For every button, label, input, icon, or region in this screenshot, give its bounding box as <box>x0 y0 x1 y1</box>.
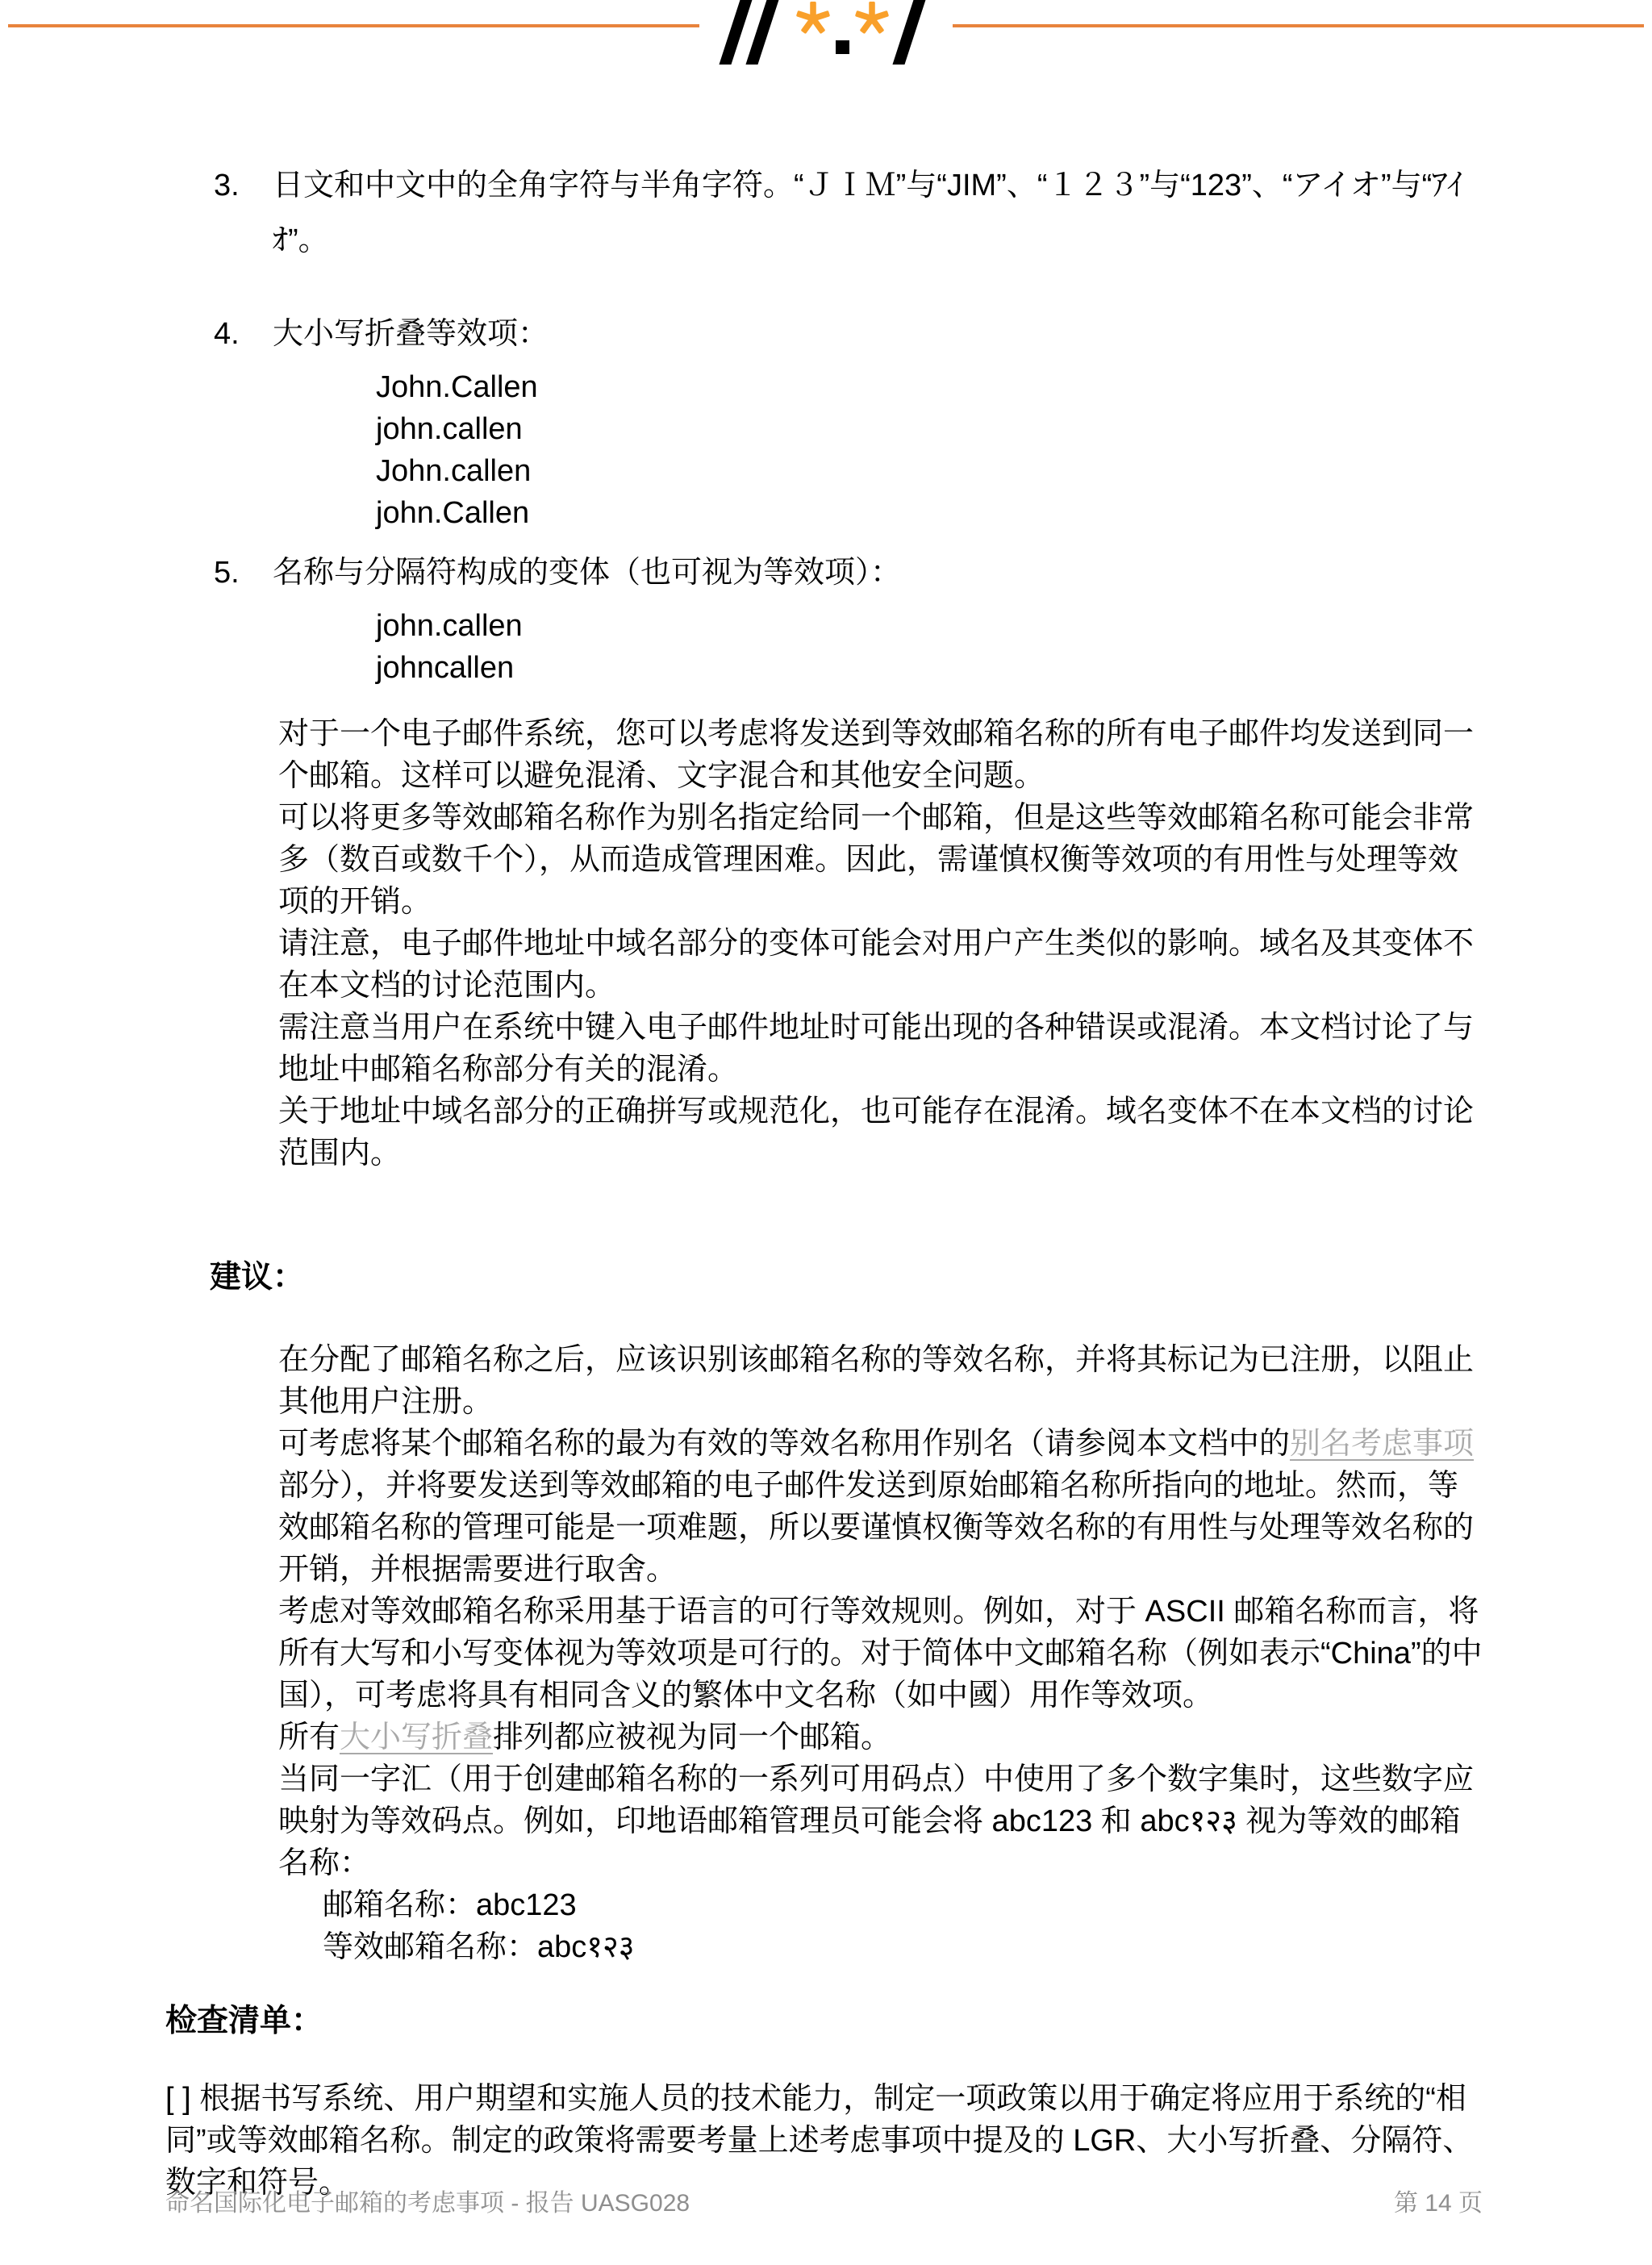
text-run: 对于一个电子邮件系统，您可以考虑将发送到等效邮箱名称的所有电子邮件均发送到同一个… <box>278 717 1474 793</box>
equivalent-name: john.callen <box>376 605 1487 647</box>
bullet-marker <box>223 1007 278 1091</box>
list-item: 3.日文和中文中的全角字符与半角字符。“ＪＩＭ”与“JIM”、“１２３”与“12… <box>165 158 1487 268</box>
text-run: 考虑对等效邮箱名称采用基于语言的可行等效规则。例如，对于 ASCII 邮箱名称而… <box>278 1595 1483 1712</box>
equivalent-name: john.Callen <box>376 492 1487 534</box>
bullet-text: 关于地址中域名部分的正确拼写或规范化，也可能存在混淆。域名变体不在本文档的讨论范… <box>278 1091 1487 1174</box>
bullet-item: 在分配了邮箱名称之后，应该识别该邮箱名称的等效名称，并将其标记为已注册，以阻止其… <box>165 1339 1487 1423</box>
list-item-text: 名称与分隔符构成的变体（也可视为等效项）： <box>273 545 1487 600</box>
list-item: 5.名称与分隔符构成的变体（也可视为等效项）：john.callenjohnca… <box>165 545 1487 713</box>
bullet-item: 关于地址中域名部分的正确拼写或规范化，也可能存在混淆。域名变体不在本文档的讨论范… <box>165 1091 1487 1174</box>
text-run: 部分），并将要发送到等效邮箱的电子邮件发送到原始邮箱名称所指向的地址。然而，等效… <box>278 1469 1474 1587</box>
list-item-number: 5. <box>214 545 273 713</box>
bullet-text: 可考虑将某个邮箱名称的最为有效的等效名称用作别名（请参阅本文档中的别名考虑事项部… <box>278 1423 1487 1591</box>
equivalents-list: john.callenjohncallen <box>376 605 1487 689</box>
numbered-list: 3.日文和中文中的全角字符与半角字符。“ＪＩＭ”与“JIM”、“１２３”与“12… <box>165 158 1487 713</box>
bullet-marker <box>223 797 278 923</box>
list-item-text: 大小写折叠等效项： <box>273 307 1487 361</box>
suggestions-bullet-list: 在分配了邮箱名称之后，应该识别该邮箱名称的等效名称，并将其标记为已注册，以阻止其… <box>165 1339 1487 1968</box>
crossref-link[interactable]: 别名考虑事项 <box>1290 1427 1474 1461</box>
bullet-item: 所有大小写折叠排列都应被视为同一个邮箱。 <box>165 1716 1487 1758</box>
asterisk-icon <box>855 2 889 35</box>
asterisk-icon <box>796 2 830 35</box>
bullet-text: 对于一个电子邮件系统，您可以考虑将发送到等效邮箱名称的所有电子邮件均发送到同一个… <box>278 713 1487 797</box>
bullet-text: 请注意，电子邮件地址中域名部分的变体可能会对用户产生类似的影响。域名及其变体不在… <box>278 923 1487 1007</box>
uasg-logo <box>699 0 953 68</box>
bullet-text: 可以将更多等效邮箱名称作为别名指定给同一个邮箱，但是这些等效邮箱名称可能会非常多… <box>278 797 1487 923</box>
bullet-item: 当同一字汇（用于创建邮箱名称的一系列可用码点）中使用了多个数字集时，这些数字应映… <box>165 1758 1487 1968</box>
text-run: 可考虑将某个邮箱名称的最为有效的等效名称用作别名（请参阅本文档中的 <box>278 1427 1290 1461</box>
list-item-body: 大小写折叠等效项：John.Callenjohn.callenJohn.call… <box>273 307 1487 545</box>
example-line: 邮箱名称：abc123 <box>323 1884 1487 1926</box>
list-item-number: 3. <box>214 158 273 268</box>
example-line: 等效邮箱名称：abc१२३ <box>323 1926 1487 1968</box>
checklist-heading: 检查清单： <box>165 2000 1487 2042</box>
text-run: 所有 <box>278 1721 340 1754</box>
text-run: 排列都应被视为同一个邮箱。 <box>493 1721 891 1754</box>
bullet-marker <box>223 1423 278 1591</box>
equivalents-list: John.Callenjohn.callenJohn.callenjohn.Ca… <box>376 366 1487 534</box>
text-run: 当同一字汇（用于创建邮箱名称的一系列可用码点）中使用了多个数字集时，这些数字应映… <box>278 1762 1474 1880</box>
example-lines: 邮箱名称：abc123等效邮箱名称：abc१२३ <box>323 1884 1487 1968</box>
text-run: 在分配了邮箱名称之后，应该识别该邮箱名称的等效名称，并将其标记为已注册，以阻止其… <box>278 1343 1474 1419</box>
page-content: 3.日文和中文中的全角字符与半角字符。“ＪＩＭ”与“JIM”、“１２３”与“12… <box>0 0 1652 2204</box>
bullet-item: 考虑对等效邮箱名称采用基于语言的可行等效规则。例如，对于 ASCII 邮箱名称而… <box>165 1591 1487 1716</box>
list-item-body: 名称与分隔符构成的变体（也可视为等效项）：john.callenjohncall… <box>273 545 1487 713</box>
text-run: 请注意，电子邮件地址中域名部分的变体可能会对用户产生类似的影响。域名及其变体不在… <box>278 927 1474 1003</box>
bullet-text: 考虑对等效邮箱名称采用基于语言的可行等效规则。例如，对于 ASCII 邮箱名称而… <box>278 1591 1487 1716</box>
page-footer: 命名国际化电子邮箱的考虑事项 - 报告 UASG028 第 14 页 <box>165 2189 1483 2218</box>
bullet-item: 可考虑将某个邮箱名称的最为有效的等效名称用作别名（请参阅本文档中的别名考虑事项部… <box>165 1423 1487 1591</box>
equivalent-name: johncallen <box>376 647 1487 689</box>
bullet-marker <box>223 1758 278 1968</box>
text-run: 可以将更多等效邮箱名称作为别名指定给同一个邮箱，但是这些等效邮箱名称可能会非常多… <box>278 801 1474 919</box>
text-run: 关于地址中域名部分的正确拼写或规范化，也可能存在混淆。域名变体不在本文档的讨论范… <box>278 1095 1474 1170</box>
bullet-item: 可以将更多等效邮箱名称作为别名指定给同一个邮箱，但是这些等效邮箱名称可能会非常多… <box>165 797 1487 923</box>
checklist-paragraph: [ ] 根据书写系统、用户期望和实施人员的技术能力，制定一项政策以用于确定将应用… <box>165 2078 1487 2204</box>
equivalent-name: John.Callen <box>376 366 1487 408</box>
document-page: { "header": { "logo_icon": "uasg-slashes… <box>0 0 1652 2265</box>
bullet-item: 对于一个电子邮件系统，您可以考虑将发送到等效邮箱名称的所有电子邮件均发送到同一个… <box>165 713 1487 797</box>
bullet-marker <box>223 1091 278 1174</box>
list-item: 4.大小写折叠等效项：John.Callenjohn.callenJohn.ca… <box>165 307 1487 545</box>
slash-icon <box>892 0 932 65</box>
list-item-number: 4. <box>214 307 273 545</box>
text-run: 需注意当用户在系统中键入电子邮件地址时可能出现的各种错误或混淆。本文档讨论了与地… <box>278 1011 1474 1087</box>
suggestions-heading: 建议： <box>210 1257 1487 1299</box>
equivalent-name: John.callen <box>376 450 1487 492</box>
bullet-text: 所有大小写折叠排列都应被视为同一个邮箱。 <box>278 1716 1487 1758</box>
list-item-text: 日文和中文中的全角字符与半角字符。“ＪＩＭ”与“JIM”、“１２３”与“123”… <box>273 158 1487 268</box>
bullet-marker <box>223 1591 278 1716</box>
bullet-text: 在分配了邮箱名称之后，应该识别该邮箱名称的等效名称，并将其标记为已注册，以阻止其… <box>278 1339 1487 1423</box>
bullet-item: 请注意，电子邮件地址中域名部分的变体可能会对用户产生类似的影响。域名及其变体不在… <box>165 923 1487 1007</box>
bullet-marker <box>223 713 278 797</box>
slash-icon <box>745 0 786 65</box>
list-item-body: 日文和中文中的全角字符与半角字符。“ＪＩＭ”与“JIM”、“１２３”与“123”… <box>273 158 1487 268</box>
bullet-text: 当同一字汇（用于创建邮箱名称的一系列可用码点）中使用了多个数字集时，这些数字应映… <box>278 1758 1487 1968</box>
crossref-link[interactable]: 大小写折叠 <box>340 1721 493 1754</box>
equivalent-name: john.callen <box>376 408 1487 450</box>
bullet-text: 需注意当用户在系统中键入电子邮件地址时可能出现的各种错误或混淆。本文档讨论了与地… <box>278 1007 1487 1091</box>
considerations-bullet-list: 对于一个电子邮件系统，您可以考虑将发送到等效邮箱名称的所有电子邮件均发送到同一个… <box>165 713 1487 1174</box>
footer-doc-title: 命名国际化电子邮箱的考虑事项 - 报告 UASG028 <box>165 2189 690 2218</box>
bullet-item: 需注意当用户在系统中键入电子邮件地址时可能出现的各种错误或混淆。本文档讨论了与地… <box>165 1007 1487 1091</box>
bullet-marker <box>223 1339 278 1423</box>
footer-page-number: 第 14 页 <box>1394 2189 1483 2218</box>
bullet-marker <box>223 923 278 1007</box>
dot-icon <box>836 40 849 54</box>
bullet-marker <box>223 1716 278 1758</box>
